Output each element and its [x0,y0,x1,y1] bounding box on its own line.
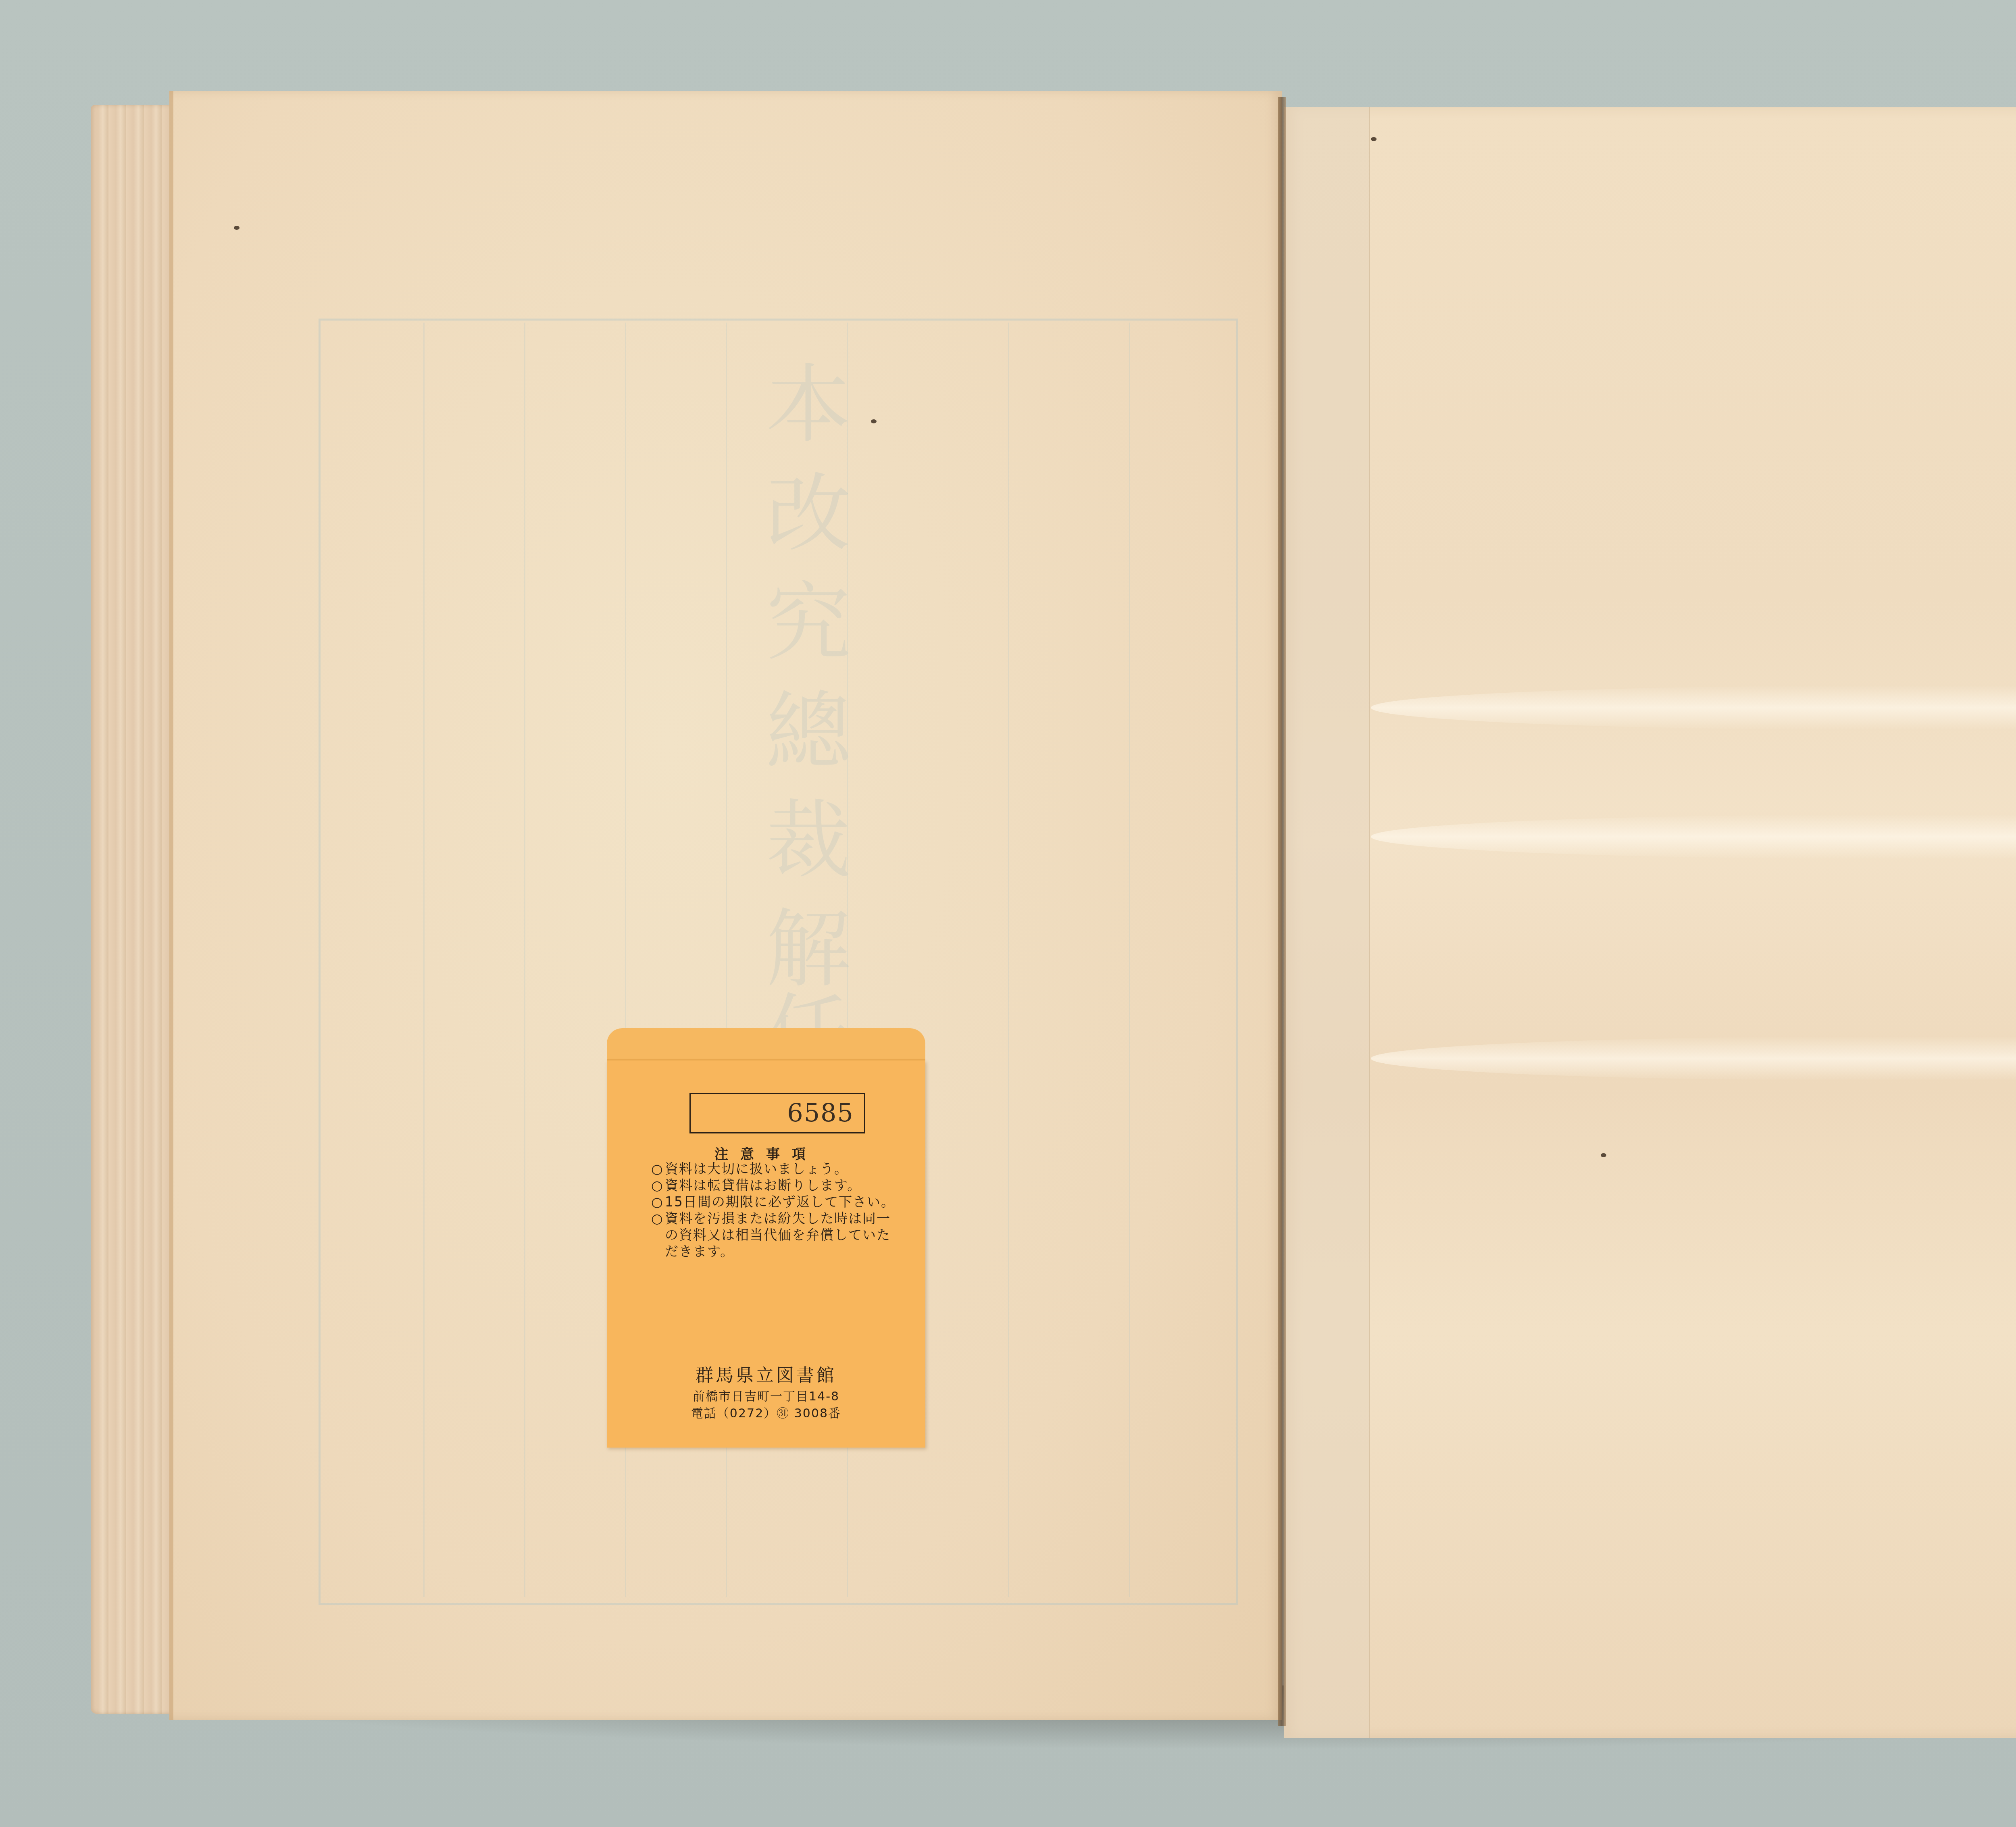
show-through-char: 究 [766,581,851,665]
show-through-char: 裁 [766,798,851,883]
paper-speck [871,419,877,423]
show-through-char: 解 [766,907,851,992]
paper-speck [1371,137,1377,141]
show-through-rule [524,323,525,1597]
book-gutter [1278,97,1286,1726]
right-page-binding-stub [1284,107,1370,1738]
notice-list: 資料は大切に扱いましょう。 資料は転貸借はお断りします。 15日間の期限に必ず返… [651,1160,901,1260]
pocket-body: 6585 注意事項 資料は大切に扱いましょう。 資料は転貸借はお断りします。 1… [607,1060,925,1448]
library-card-pocket: 6585 注意事項 資料は大切に扱いましょう。 資料は転貸借はお断りします。 1… [607,1028,925,1448]
show-through-char: 本 [766,363,851,448]
paper-speck [1601,1153,1606,1157]
left-page-edge [169,91,173,1720]
library-name: 群馬県立図書館 [607,1361,925,1387]
notice-item: 15日間の期限に必ず返して下さい。 [651,1194,901,1210]
show-through-char: 改 [766,472,851,556]
library-telephone: 電話（0272）㉛ 3008番 [607,1403,925,1421]
library-address: 前橋市日吉町一丁目14-8 [607,1386,925,1404]
show-through-rule [423,323,425,1597]
show-through-rule [1008,323,1009,1597]
notice-title: 注意事項 [607,1143,925,1163]
show-through-char: 總 [766,690,851,774]
show-through-rule [1129,323,1130,1597]
paper-speck [234,226,240,230]
notice-item: 資料は転貸借はお断りします。 [651,1177,901,1194]
notice-item: 資料は大切に扱いましょう。 [651,1160,901,1177]
page-stack-edge [91,105,175,1714]
call-number: 6585 [787,1098,854,1127]
right-page [1284,107,2016,1738]
notice-item: 資料を汚損または紛失した時は同一の資料又は相当代価を弁償していただきます。 [651,1210,901,1260]
call-number-box: 6585 [689,1093,865,1133]
